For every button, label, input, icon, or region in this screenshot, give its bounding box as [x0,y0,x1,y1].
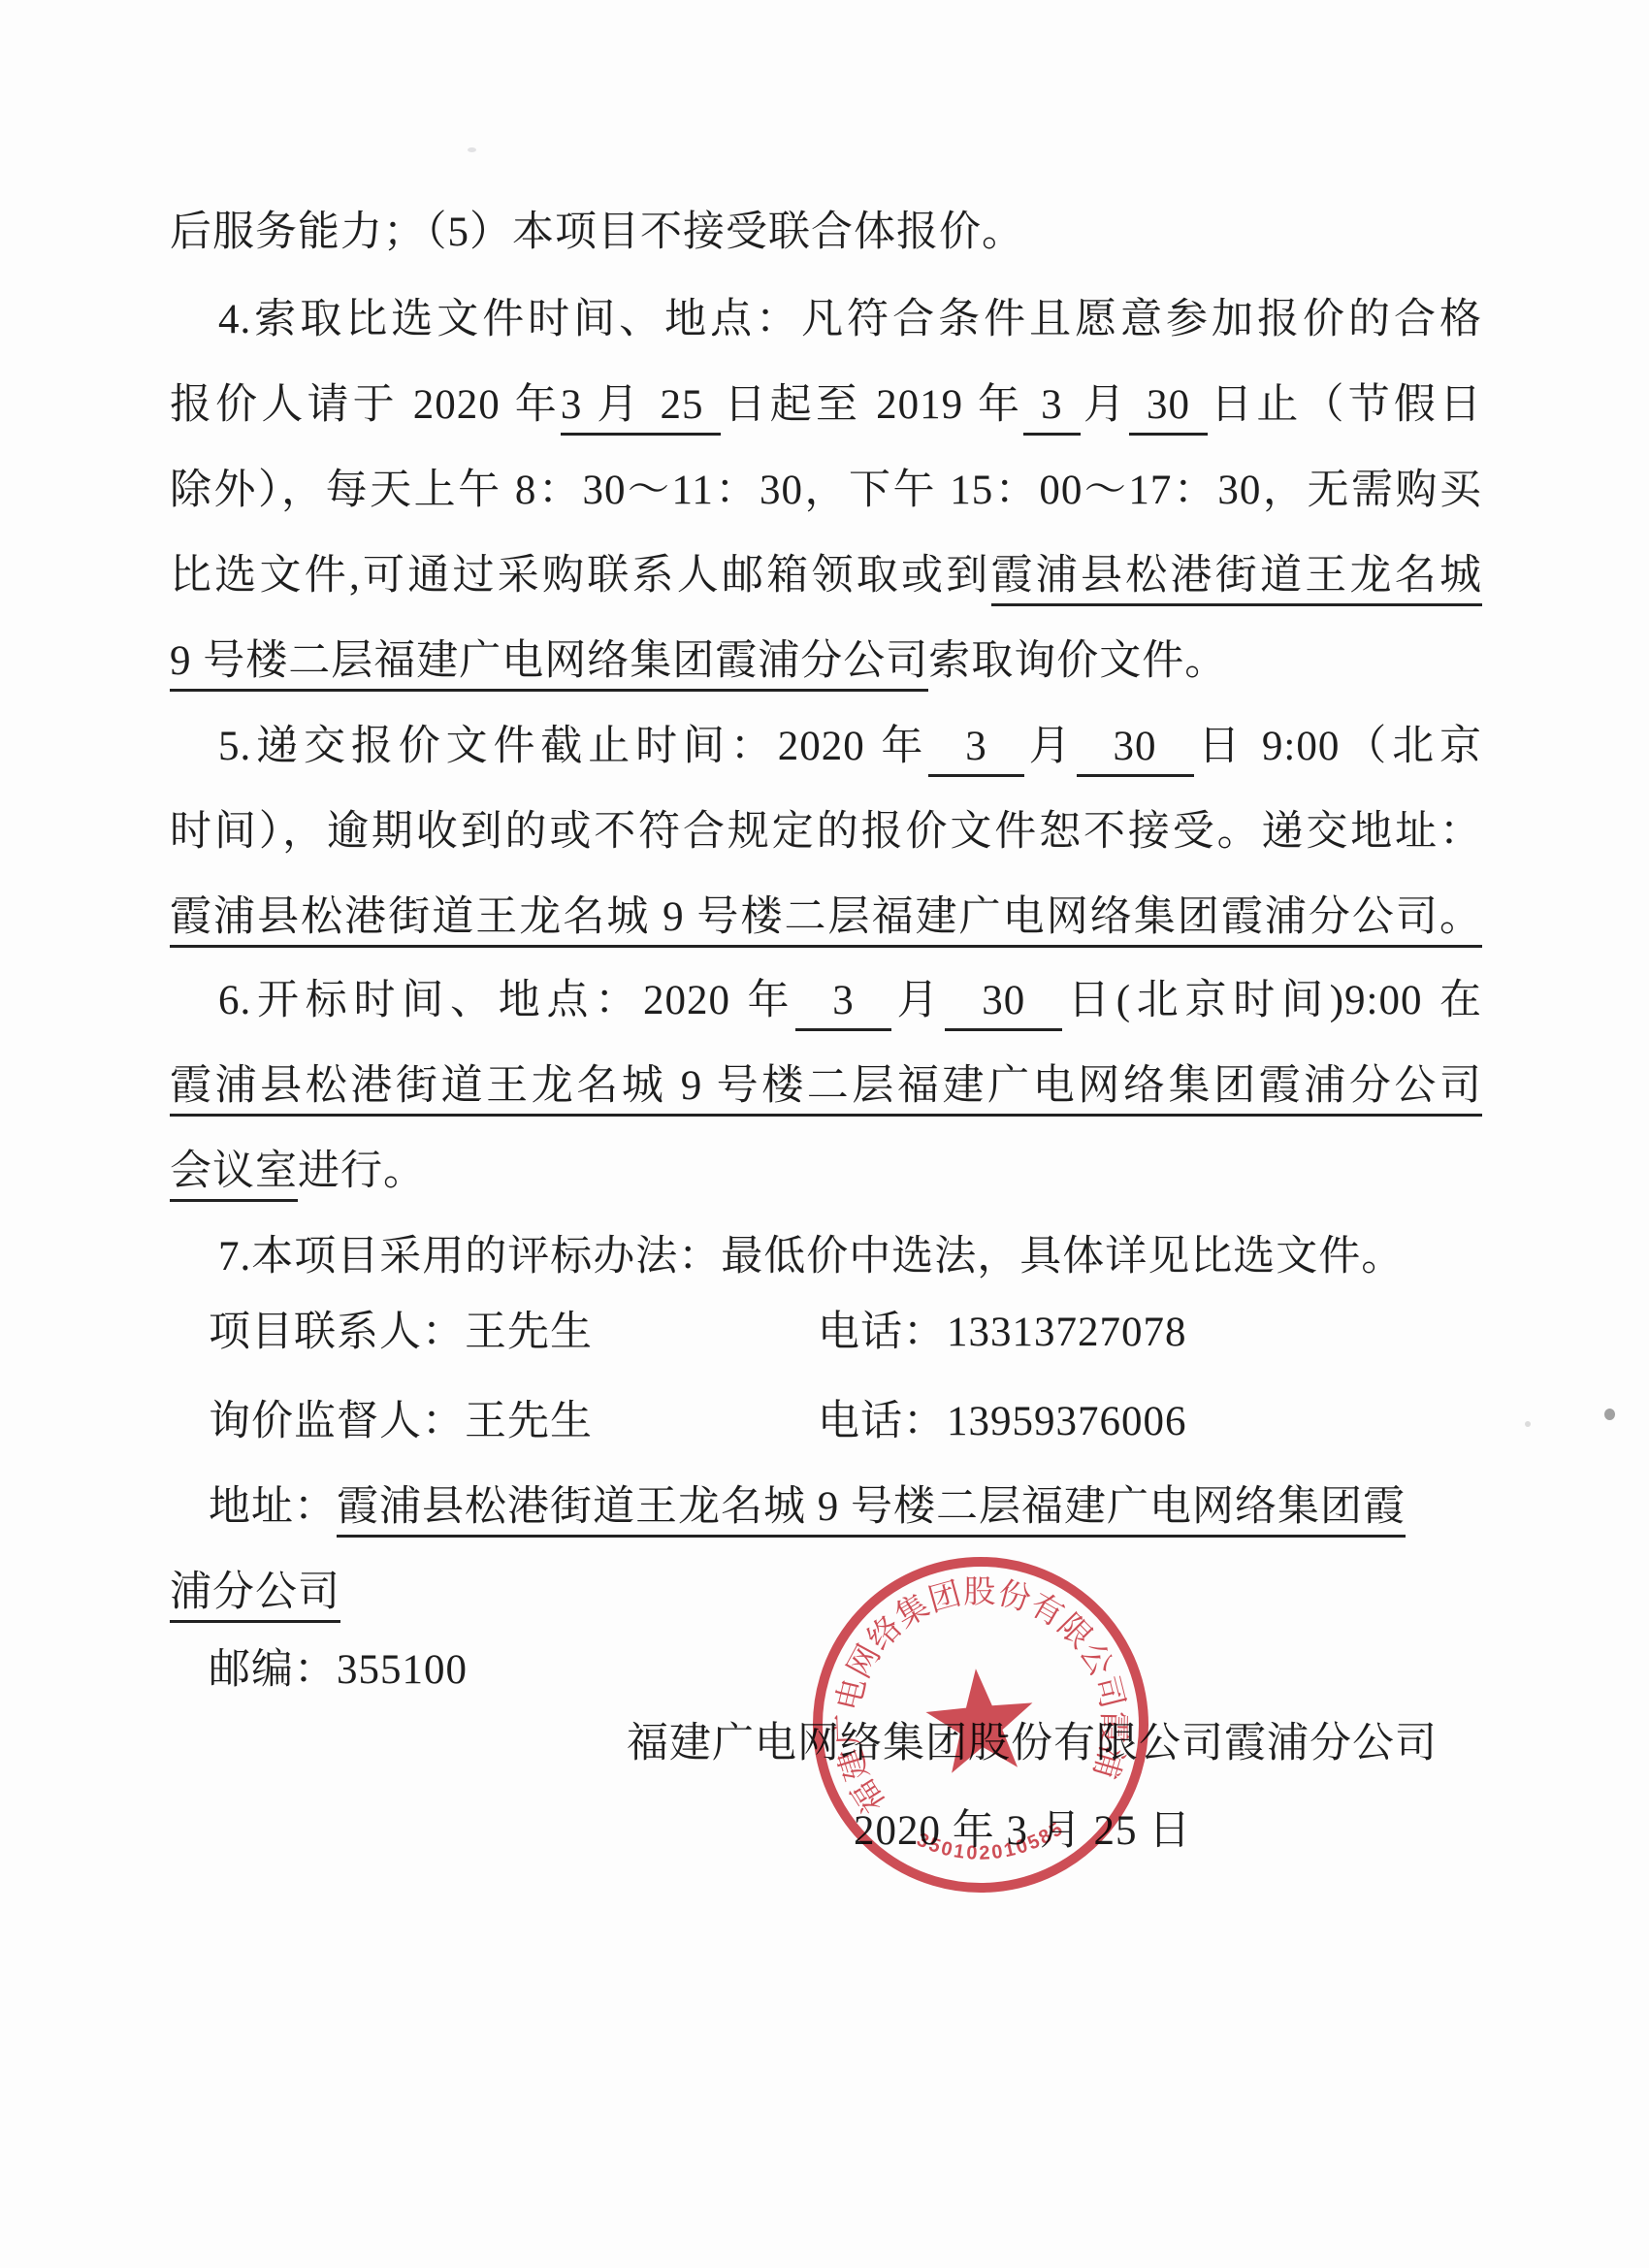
underlined-address: 浦分公司 [170,1570,340,1623]
phone-label: 电话： [818,1304,946,1362]
text-line: 霞浦县松港街道王龙名城 9 号楼二层福建广电网络集团霞浦分公司 [170,1057,1482,1116]
text-run: 索取询价文件。 [928,638,1227,684]
text-run: 6.开标时间、地点：2020 年 [218,978,795,1023]
scanned-document-page: 后服务能力；（5）本项目不接受联合体报价。 4.索取比选文件时间、地点：凡符合条… [0,0,1649,2268]
text-run: 5.递交报价文件截止时间：2020 年 [218,724,928,769]
filled-blank-month: 3 [928,724,1024,777]
text-run: 日起至 2019 年 [721,382,1023,428]
text-run: 除外），每天上午 8：30～11：30，下午 15：00～17：30，无需购买 [170,468,1482,513]
phone-number: 13959376006 [947,1393,1187,1451]
seal-ring-text: 福建广电网络集团股份有限公司霞浦分公司 [787,1531,1138,1826]
filled-blank-month: 3 月 [561,382,643,436]
underlined-address: 9 号楼二层福建广电网络集团霞浦分公司 [170,638,928,692]
text-line: 除外），每天上午 8：30～11：30，下午 15：00～17：30，无需购买 [170,462,1482,520]
text-line: 4.索取比选文件时间、地点：凡符合条件且愿意参加报价的合格 [170,291,1482,349]
text-run: 时间），逾期收到的或不符合规定的报价文件恕不接受。递交地址： [170,809,1482,855]
underlined-word: 会议室 [170,1149,298,1202]
text-run: 日(北京时间)9:00 在 [1062,978,1482,1023]
text-run: 4.索取比选文件时间、地点：凡符合条件且愿意参加报价的合格 [218,297,1482,342]
scan-speck [1525,1421,1531,1427]
text-run: 月 [891,978,946,1023]
filled-blank-day: 30 [945,978,1062,1031]
underlined-address: 霞浦县松港街道王龙名城 [991,553,1483,606]
text-run: 后服务能力；（5）本项目不接受联合体报价。 [170,210,1024,255]
text-run: 报价人请于 2020 年 [170,382,561,428]
text-line: 6.开标时间、地点：2020 年3月30日(北京时间)9:00 在 [170,972,1482,1030]
phone-number: 13313727078 [947,1304,1187,1362]
text-line: 5.递交报价文件截止时间：2020 年3月30日 9:00（北京 [170,718,1482,776]
scan-speck [1604,1409,1615,1420]
text-run: 7.本项目采用的评标办法：最低价中选法，具体详见比选文件。 [218,1234,1404,1280]
text-run: 月 [1081,382,1129,428]
seal-star-icon [922,1664,1038,1774]
text-line: 霞浦县松港街道王龙名城 9 号楼二层福建广电网络集团霞浦分公司。 [170,889,1482,947]
text-line: 会议室进行。 [170,1143,1482,1201]
text-line: 比选文件,可通过采购联系人邮箱领取或到霞浦县松港街道王龙名城 [170,547,1482,605]
text-run: 进行。 [298,1149,426,1194]
underlined-address: 霞浦县松港街道王龙名城 9 号楼二层福建广电网络集团霞浦分公司 [170,1063,1482,1117]
address-row: 地址：霞浦县松港街道王龙名城 9 号楼二层福建广电网络集团霞 [170,1478,1482,1537]
contact-name: 询价监督人：王先生 [209,1393,593,1451]
filled-blank-day: 30 [1077,724,1194,777]
contact-row: 询价监督人：王先生 电话： 13959376006 [170,1393,1482,1451]
text-run: 日 9:00（北京 [1194,724,1482,769]
company-seal-stamp: 福建广电网络集团股份有限公司霞浦分公司 3501020105856 [787,1531,1176,1920]
postcode-value: 邮编：355100 [209,1647,468,1693]
scan-speck [468,147,476,152]
text-run: 比选文件,可通过采购联系人邮箱领取或到 [170,553,991,599]
contact-name: 项目联系人：王先生 [209,1304,593,1362]
underlined-address: 霞浦县松港街道王龙名城 9 号楼二层福建广电网络集团霞浦分公司。 [170,894,1482,948]
text-run: 日止（节假日 [1208,382,1482,428]
text-run: 月 [1024,724,1077,769]
text-line: 后服务能力；（5）本项目不接受联合体报价。 [170,204,1482,262]
filled-blank-month: 3 [795,978,891,1031]
text-line: 报价人请于 2020 年3 月25日起至 2019 年3月30日止（节假日 [170,376,1482,435]
text-line: 9 号楼二层福建广电网络集团霞浦分公司索取询价文件。 [170,632,1482,691]
contact-row: 项目联系人：王先生 电话： 13313727078 [170,1304,1482,1362]
underlined-address: 霞浦县松港街道王龙名城 9 号楼二层福建广电网络集团霞 [337,1484,1406,1538]
filled-blank-month: 3 [1023,382,1081,436]
phone-label: 电话： [818,1393,946,1451]
filled-blank-day: 30 [1129,382,1208,436]
text-line: 时间），逾期收到的或不符合规定的报价文件恕不接受。递交地址： [170,803,1482,861]
address-label: 地址： [209,1484,337,1530]
filled-blank-day: 25 [642,382,721,436]
text-line: 7.本项目采用的评标办法：最低价中选法，具体详见比选文件。 [170,1228,1482,1286]
